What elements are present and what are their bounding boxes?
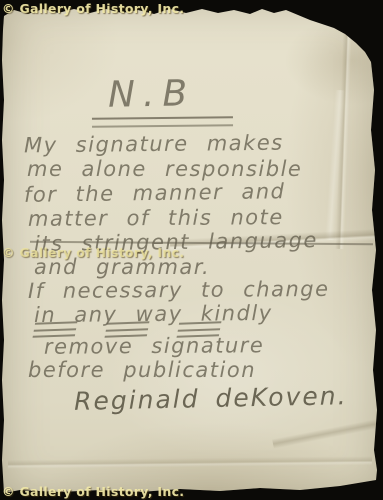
letter-photograph: N.B My signature makes me alone responsi… bbox=[0, 0, 383, 500]
handwritten-line-1: My signature makes bbox=[24, 131, 284, 158]
note-heading: N.B bbox=[108, 73, 196, 116]
handwritten-line-4: matter of this note bbox=[28, 205, 284, 231]
crease-line bbox=[325, 90, 345, 240]
double-underline-mark bbox=[92, 116, 233, 127]
watermark-middle: © Gallery of History, Inc. bbox=[2, 245, 184, 260]
signature: Reginald deKoven. bbox=[74, 381, 348, 416]
handwritten-line-10: before publication bbox=[28, 358, 256, 382]
watermark-bottom: © Gallery of History, Inc. bbox=[2, 484, 184, 499]
crease-line bbox=[8, 456, 372, 469]
watermark-top: © Gallery of History, Inc. bbox=[2, 1, 184, 16]
handwritten-line-7: If necessary to change bbox=[28, 277, 330, 303]
handwritten-line-9: remove signature bbox=[44, 333, 264, 359]
handwritten-line-2: me alone responsible bbox=[27, 157, 302, 181]
handwritten-line-3: for the manner and bbox=[24, 179, 286, 207]
crease-line bbox=[335, 34, 351, 249]
crease-line bbox=[272, 417, 383, 449]
